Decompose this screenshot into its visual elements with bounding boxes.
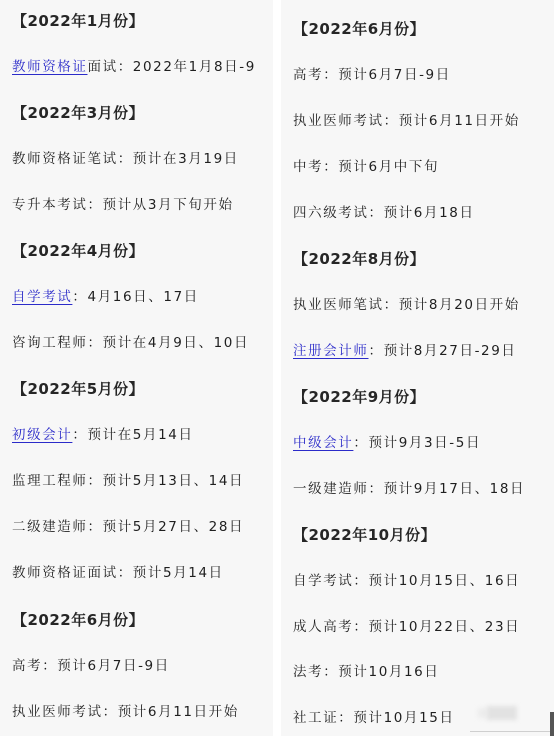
schedule-column-left: 【2022年1月份】 教师资格证面试：2022年1月8日-9 【2022年3月份… bbox=[0, 0, 273, 736]
list-item: 自学考试：4月16日、17日 bbox=[12, 288, 199, 306]
list-item: 教师资格证面试：2022年1月8日-9 bbox=[12, 58, 256, 76]
month-heading-apr: 【2022年4月份】 bbox=[12, 242, 144, 260]
list-item: 成人高考：预计10月22日、23日 bbox=[293, 618, 520, 636]
list-item: 咨询工程师：预计在4月9日、10日 bbox=[12, 334, 249, 352]
item-text: ：预计在5月14日 bbox=[72, 427, 193, 443]
list-item: 执业医师笔试：预计8月20日开始 bbox=[293, 296, 520, 314]
exam-link-self-study[interactable]: 自学考试 bbox=[12, 289, 72, 305]
month-heading-mar: 【2022年3月份】 bbox=[12, 104, 144, 122]
column-divider bbox=[273, 0, 281, 736]
list-item: 初级会计：预计在5月14日 bbox=[12, 426, 194, 444]
list-item: 法考：预计10月16日 bbox=[293, 663, 439, 681]
exam-link-cpa[interactable]: 注册会计师 bbox=[293, 343, 369, 359]
list-item: 注册会计师：预计8月27日-29日 bbox=[293, 342, 517, 360]
schedule-column-right: 【2022年6月份】 高考：预计6月7日-9日 执业医师考试：预计6月11日开始… bbox=[281, 0, 554, 736]
list-item: 中级会计：预计9月3日-5日 bbox=[293, 434, 481, 452]
item-text: ：预计9月3日-5日 bbox=[353, 435, 481, 451]
scrollbar-edge bbox=[550, 712, 554, 736]
exam-link-junior-accounting[interactable]: 初级会计 bbox=[12, 427, 72, 443]
list-item: 二级建造师：预计5月27日、28日 bbox=[12, 518, 244, 536]
month-heading-jan: 【2022年1月份】 bbox=[12, 12, 144, 30]
month-heading-may: 【2022年5月份】 bbox=[12, 380, 144, 398]
list-item: 执业医师考试：预计6月11日开始 bbox=[293, 112, 520, 130]
list-item: 自学考试：预计10月15日、16日 bbox=[293, 572, 520, 590]
item-text: ：预计8月27日-29日 bbox=[369, 343, 517, 359]
list-item: 一级建造师：预计9月17日、18日 bbox=[293, 480, 525, 498]
month-heading-aug: 【2022年8月份】 bbox=[293, 250, 425, 268]
list-item: 四六级考试：预计6月18日 bbox=[293, 204, 475, 222]
list-item: 中考：预计6月中下旬 bbox=[293, 158, 439, 176]
exam-link-intermediate-accounting[interactable]: 中级会计 bbox=[293, 435, 353, 451]
item-text: 面试：2022年1月8日-9 bbox=[88, 59, 256, 75]
exam-link-teacher-cert[interactable]: 教师资格证 bbox=[12, 59, 88, 75]
list-item: 监理工程师：预计5月13日、14日 bbox=[12, 472, 244, 490]
list-item: 教师资格证面试：预计5月14日 bbox=[12, 564, 224, 582]
month-heading-sep: 【2022年9月份】 bbox=[293, 388, 425, 406]
month-heading-jun: 【2022年6月份】 bbox=[12, 611, 144, 629]
item-text: ：4月16日、17日 bbox=[72, 289, 198, 305]
list-item: 教师资格证笔试：预计在3月19日 bbox=[12, 150, 239, 168]
list-item: 社工证：预计10月15日 bbox=[293, 709, 455, 727]
list-item: 专升本考试：预计从3月下旬开始 bbox=[12, 196, 234, 214]
watermark-blur bbox=[487, 706, 517, 720]
list-item: 高考：预计6月7日-9日 bbox=[293, 66, 451, 84]
month-heading-oct: 【2022年10月份】 bbox=[293, 526, 436, 544]
list-item: 高考：预计6月7日-9日 bbox=[12, 657, 170, 675]
bottom-edge-line bbox=[470, 731, 550, 732]
month-heading-jun: 【2022年6月份】 bbox=[293, 20, 425, 38]
list-item: 执业医师考试：预计6月11日开始 bbox=[12, 703, 239, 721]
